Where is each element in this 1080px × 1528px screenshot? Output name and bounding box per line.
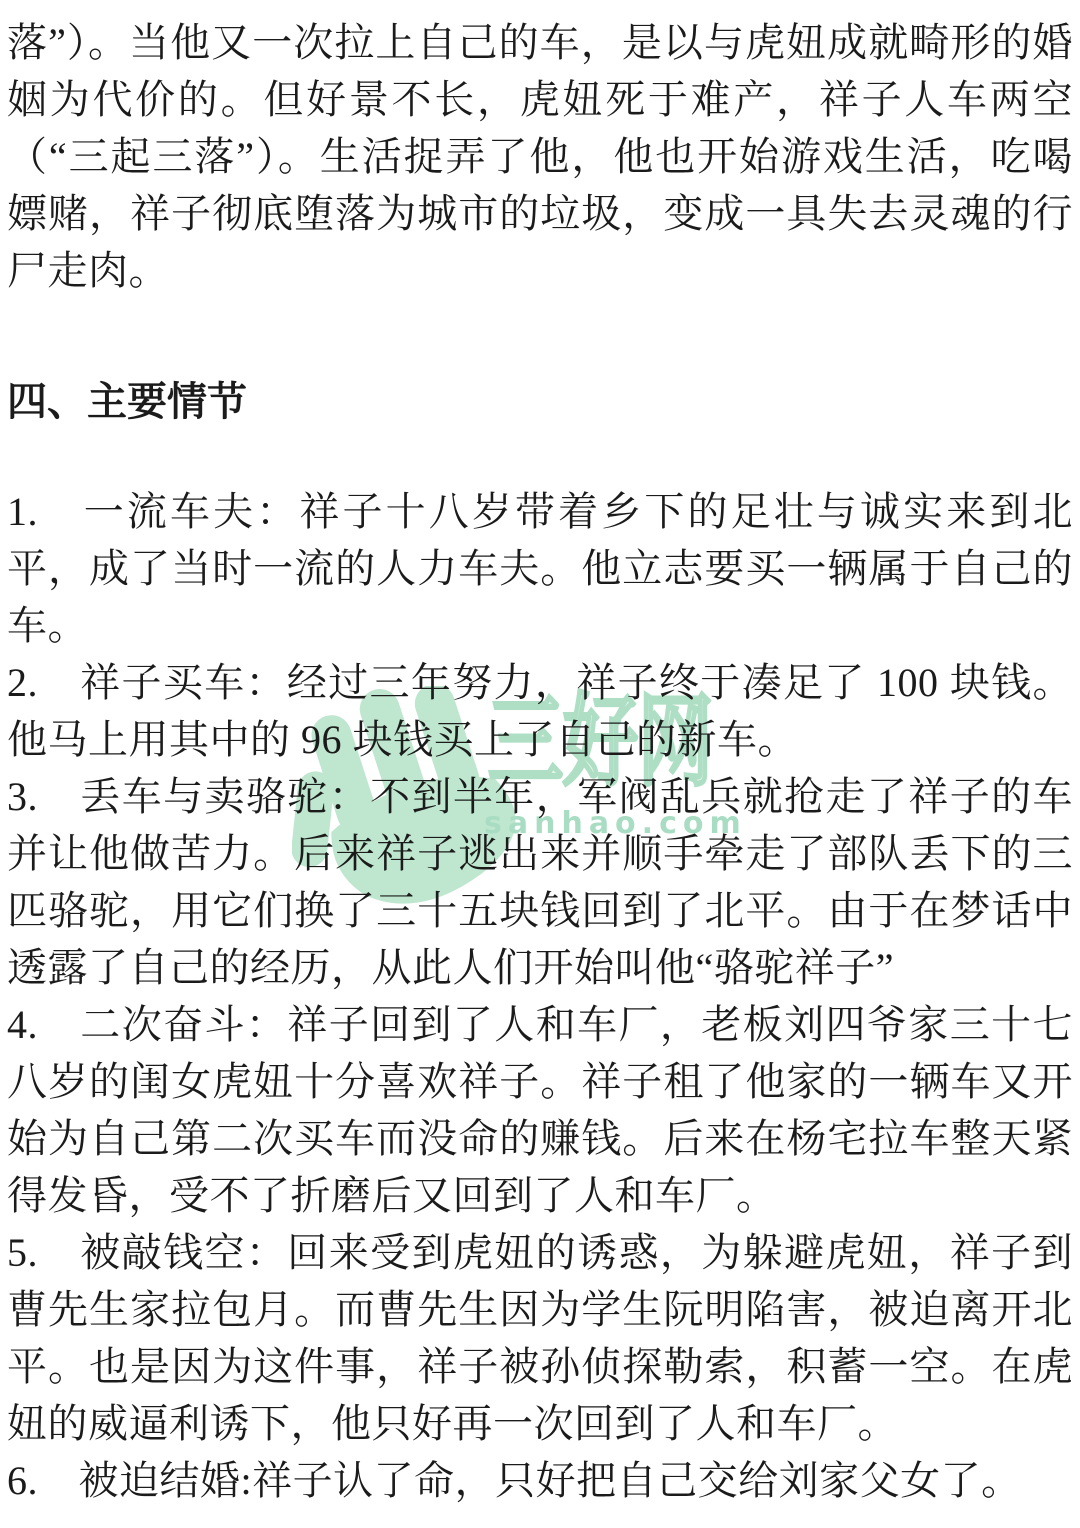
plot-items-list: 1. 一流车夫：祥子十八岁带着乡下的足壮与诚实来到北平，成了当时一流的人力车夫。… [7,483,1073,1509]
section-heading: 四、主要情节 [7,373,1073,430]
document-page: 落”）。当他又一次拉上自己的车，是以与虎妞成就畸形的婚姻为代价的。但好景不长，虎… [0,0,1080,1509]
plot-item-1: 1. 一流车夫：祥子十八岁带着乡下的足壮与诚实来到北平，成了当时一流的人力车夫。… [7,483,1073,654]
plot-item-5: 5. 被敲钱空：回来受到虎妞的诱惑，为躲避虎妞，祥子到曹先生家拉包月。而曹先生因… [7,1224,1073,1452]
plot-item-4: 4. 二次奋斗：祥子回到了人和车厂，老板刘四爷家三十七八岁的闺女虎妞十分喜欢祥子… [7,996,1073,1224]
plot-item-6: 6. 被迫结婚:祥子认了命，只好把自己交给刘家父女了。 [7,1452,1073,1509]
plot-item-3: 3. 丢车与卖骆驼：不到半年，军阀乱兵就抢走了祥子的车并让他做苦力。后来祥子逃出… [7,768,1073,996]
plot-item-2: 2. 祥子买车：经过三年努力，祥子终于凑足了 100 块钱。他马上用其中的 96… [7,654,1073,768]
intro-paragraph: 落”）。当他又一次拉上自己的车，是以与虎妞成就畸形的婚姻为代价的。但好景不长，虎… [7,14,1073,299]
